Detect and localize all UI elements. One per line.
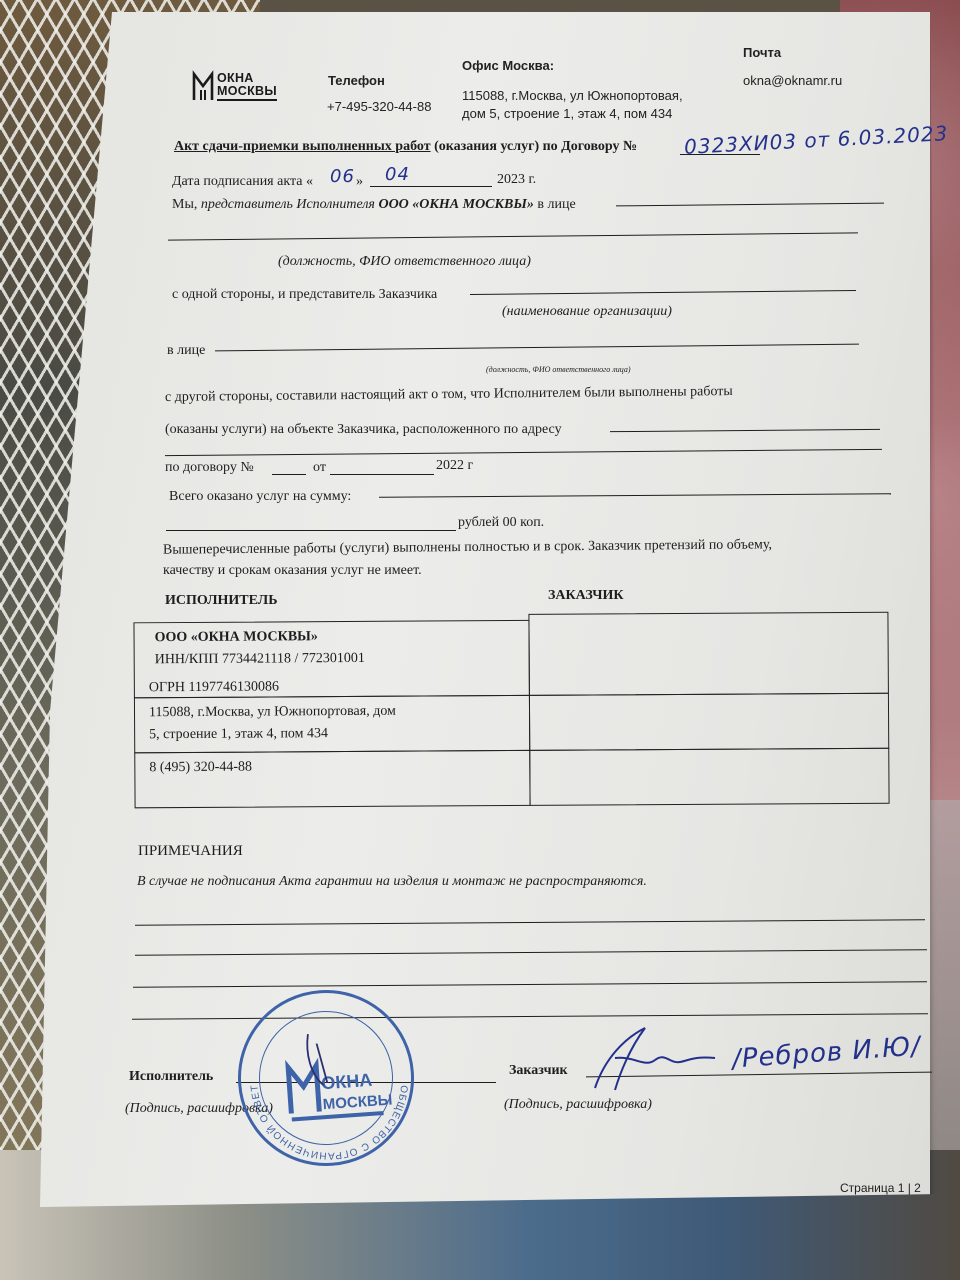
executor-address-cell: 115088, г.Москва, ул Южнопортовая, дом 5…	[134, 695, 530, 753]
other-side-text: с другой стороны, составили настоящий ак…	[165, 384, 733, 406]
executor-phone-cell: 8 (495) 320-44-88	[134, 750, 530, 808]
total-sum-words-field[interactable]	[166, 530, 456, 531]
contract-no-field[interactable]	[272, 474, 306, 475]
contract-no-label: по договору №	[165, 460, 254, 476]
signing-date-label: Дата подписания акта «	[172, 174, 313, 190]
notes-heading: ПРИМЕЧАНИЯ	[138, 843, 243, 860]
contract-date-field[interactable]	[330, 474, 434, 475]
signing-day-handwritten: 06	[330, 166, 355, 187]
in-person: в лице	[534, 197, 576, 212]
logo-text: ОКНА МОСКВЫ	[217, 72, 277, 101]
customer-org-field[interactable]	[470, 290, 856, 295]
executor-requisites-cell: ООО «ОКНА МОСКВЫ» ИНН/КПП 7734421118 / 7…	[133, 620, 529, 698]
signing-month-line	[370, 186, 492, 187]
notes-line-3[interactable]	[133, 981, 927, 988]
executor-representative-field-2[interactable]	[168, 232, 858, 240]
contract-number-handwritten: 0323ХИ03 от 6.03.2023	[684, 121, 949, 159]
contract-year: 2022 г	[436, 458, 473, 474]
executor-signature-label: Исполнитель	[129, 1069, 213, 1085]
act-title: Акт сдачи-приемки выполненных работ (ока…	[174, 139, 637, 155]
svg-text:ОКНА: ОКНА	[321, 1070, 373, 1094]
customer-signature-scribble	[585, 1018, 725, 1098]
executor-heading: ИСПОЛНИТЕЛЬ	[165, 593, 277, 609]
logo-m-icon	[192, 70, 214, 102]
contract-from-label: от	[313, 460, 326, 476]
one-side-text: с одной стороны, и представитель Заказчи…	[172, 287, 437, 303]
logo-line1: ОКНА	[217, 72, 277, 85]
we-italic: представитель Исполнителя	[201, 197, 379, 212]
executor-phone: 8 (495) 320-44-88	[149, 755, 515, 779]
caption-position-name: (должность, ФИО ответственного лица)	[278, 254, 531, 270]
completed-text-line2: качеству и срокам оказания услуг не имее…	[163, 563, 422, 579]
in-person-label-2: в лице	[167, 343, 205, 359]
customer-phone-cell[interactable]	[529, 748, 889, 806]
completed-text-line1: Вышеперечисленные работы (услуги) выполн…	[163, 537, 772, 558]
signing-date-close-quote: »	[356, 174, 363, 190]
customer-signature-label: Заказчик	[509, 1063, 568, 1079]
rubles-label: рублей 00 коп.	[458, 515, 544, 531]
notes-text: В случае не подписания Акта гарантии на …	[137, 874, 647, 890]
caption-position-name-small: (должность, ФИО ответственного лица)	[486, 365, 631, 374]
logo-line2: МОСКВЫ	[217, 85, 277, 98]
stamp-logo-icon: ОБЩЕСТВО С ОГРАНИЧЕННОЙ ОТВЕТСТВЕННОСТЬЮ…	[235, 987, 423, 1175]
customer-address-cell[interactable]	[529, 693, 889, 751]
company-logo: ОКНА МОСКВЫ	[192, 70, 277, 102]
executor-representative-field[interactable]	[616, 203, 884, 207]
executor-inn-kpp: ИНН/КПП 7734421118 / 772301001	[155, 647, 515, 671]
customer-representative-field[interactable]	[215, 344, 859, 352]
email-value: okna@oknamr.ru	[743, 73, 842, 88]
email-label: Почта	[743, 45, 781, 60]
notes-line-2[interactable]	[135, 949, 927, 956]
phone-label: Телефон	[328, 73, 385, 88]
signing-year: 2023 г.	[497, 172, 536, 188]
office-address-line2: дом 5, строение 1, этаж 4, пом 434	[462, 106, 672, 121]
services-address-text: (оказаны услуги) на объекте Заказчика, р…	[165, 422, 562, 438]
executor-name: ООО «ОКНА МОСКВЫ»	[378, 197, 533, 212]
total-sum-label: Всего оказано услуг на сумму:	[169, 489, 351, 505]
customer-signature-caption: (Подпись, расшифровка)	[504, 1097, 652, 1113]
we-prefix: Мы,	[172, 197, 201, 212]
caption-org-name: (наименование организации)	[502, 304, 672, 320]
document-content: ОКНА МОСКВЫ Телефон +7-495-320-44-88 Офи…	[0, 0, 960, 1280]
customer-requisites-cell[interactable]	[528, 612, 888, 696]
parties-table: ООО «ОКНА МОСКВЫ» ИНН/КПП 7734421118 / 7…	[133, 610, 892, 809]
object-address-field-2[interactable]	[165, 449, 882, 456]
page-number: Страница 1 | 2	[840, 1181, 921, 1195]
customer-heading: ЗАКАЗЧИК	[548, 588, 624, 604]
office-label: Офис Москва:	[462, 58, 554, 73]
act-title-underlined: Акт сдачи-приемки выполненных работ	[174, 139, 431, 154]
notes-line-1[interactable]	[135, 919, 925, 926]
signing-month-handwritten: 04	[385, 164, 410, 185]
object-address-field[interactable]	[610, 429, 880, 432]
executor-company-name: ООО «ОКНА МОСКВЫ»	[154, 625, 514, 649]
svg-text:МОСКВЫ: МОСКВЫ	[322, 1091, 393, 1113]
phone-value: +7-495-320-44-88	[327, 99, 431, 114]
executor-address-line2: 5, строение 1, этаж 4, пом 434	[149, 722, 515, 746]
executor-address-line1: 115088, г.Москва, ул Южнопортовая, дом	[149, 700, 515, 724]
total-sum-field[interactable]	[379, 493, 891, 498]
executor-representative-line: Мы, представитель Исполнителя ООО «ОКНА …	[172, 197, 576, 213]
office-address-line1: 115088, г.Москва, ул Южнопортовая,	[462, 88, 683, 103]
company-stamp: ОБЩЕСТВО С ОГРАНИЧЕННОЙ ОТВЕТСТВЕННОСТЬЮ…	[232, 984, 420, 1172]
act-title-rest: (оказания услуг) по Договору №	[431, 139, 638, 154]
customer-signature-name-handwritten: /Ребров И.Ю/	[731, 1031, 922, 1074]
